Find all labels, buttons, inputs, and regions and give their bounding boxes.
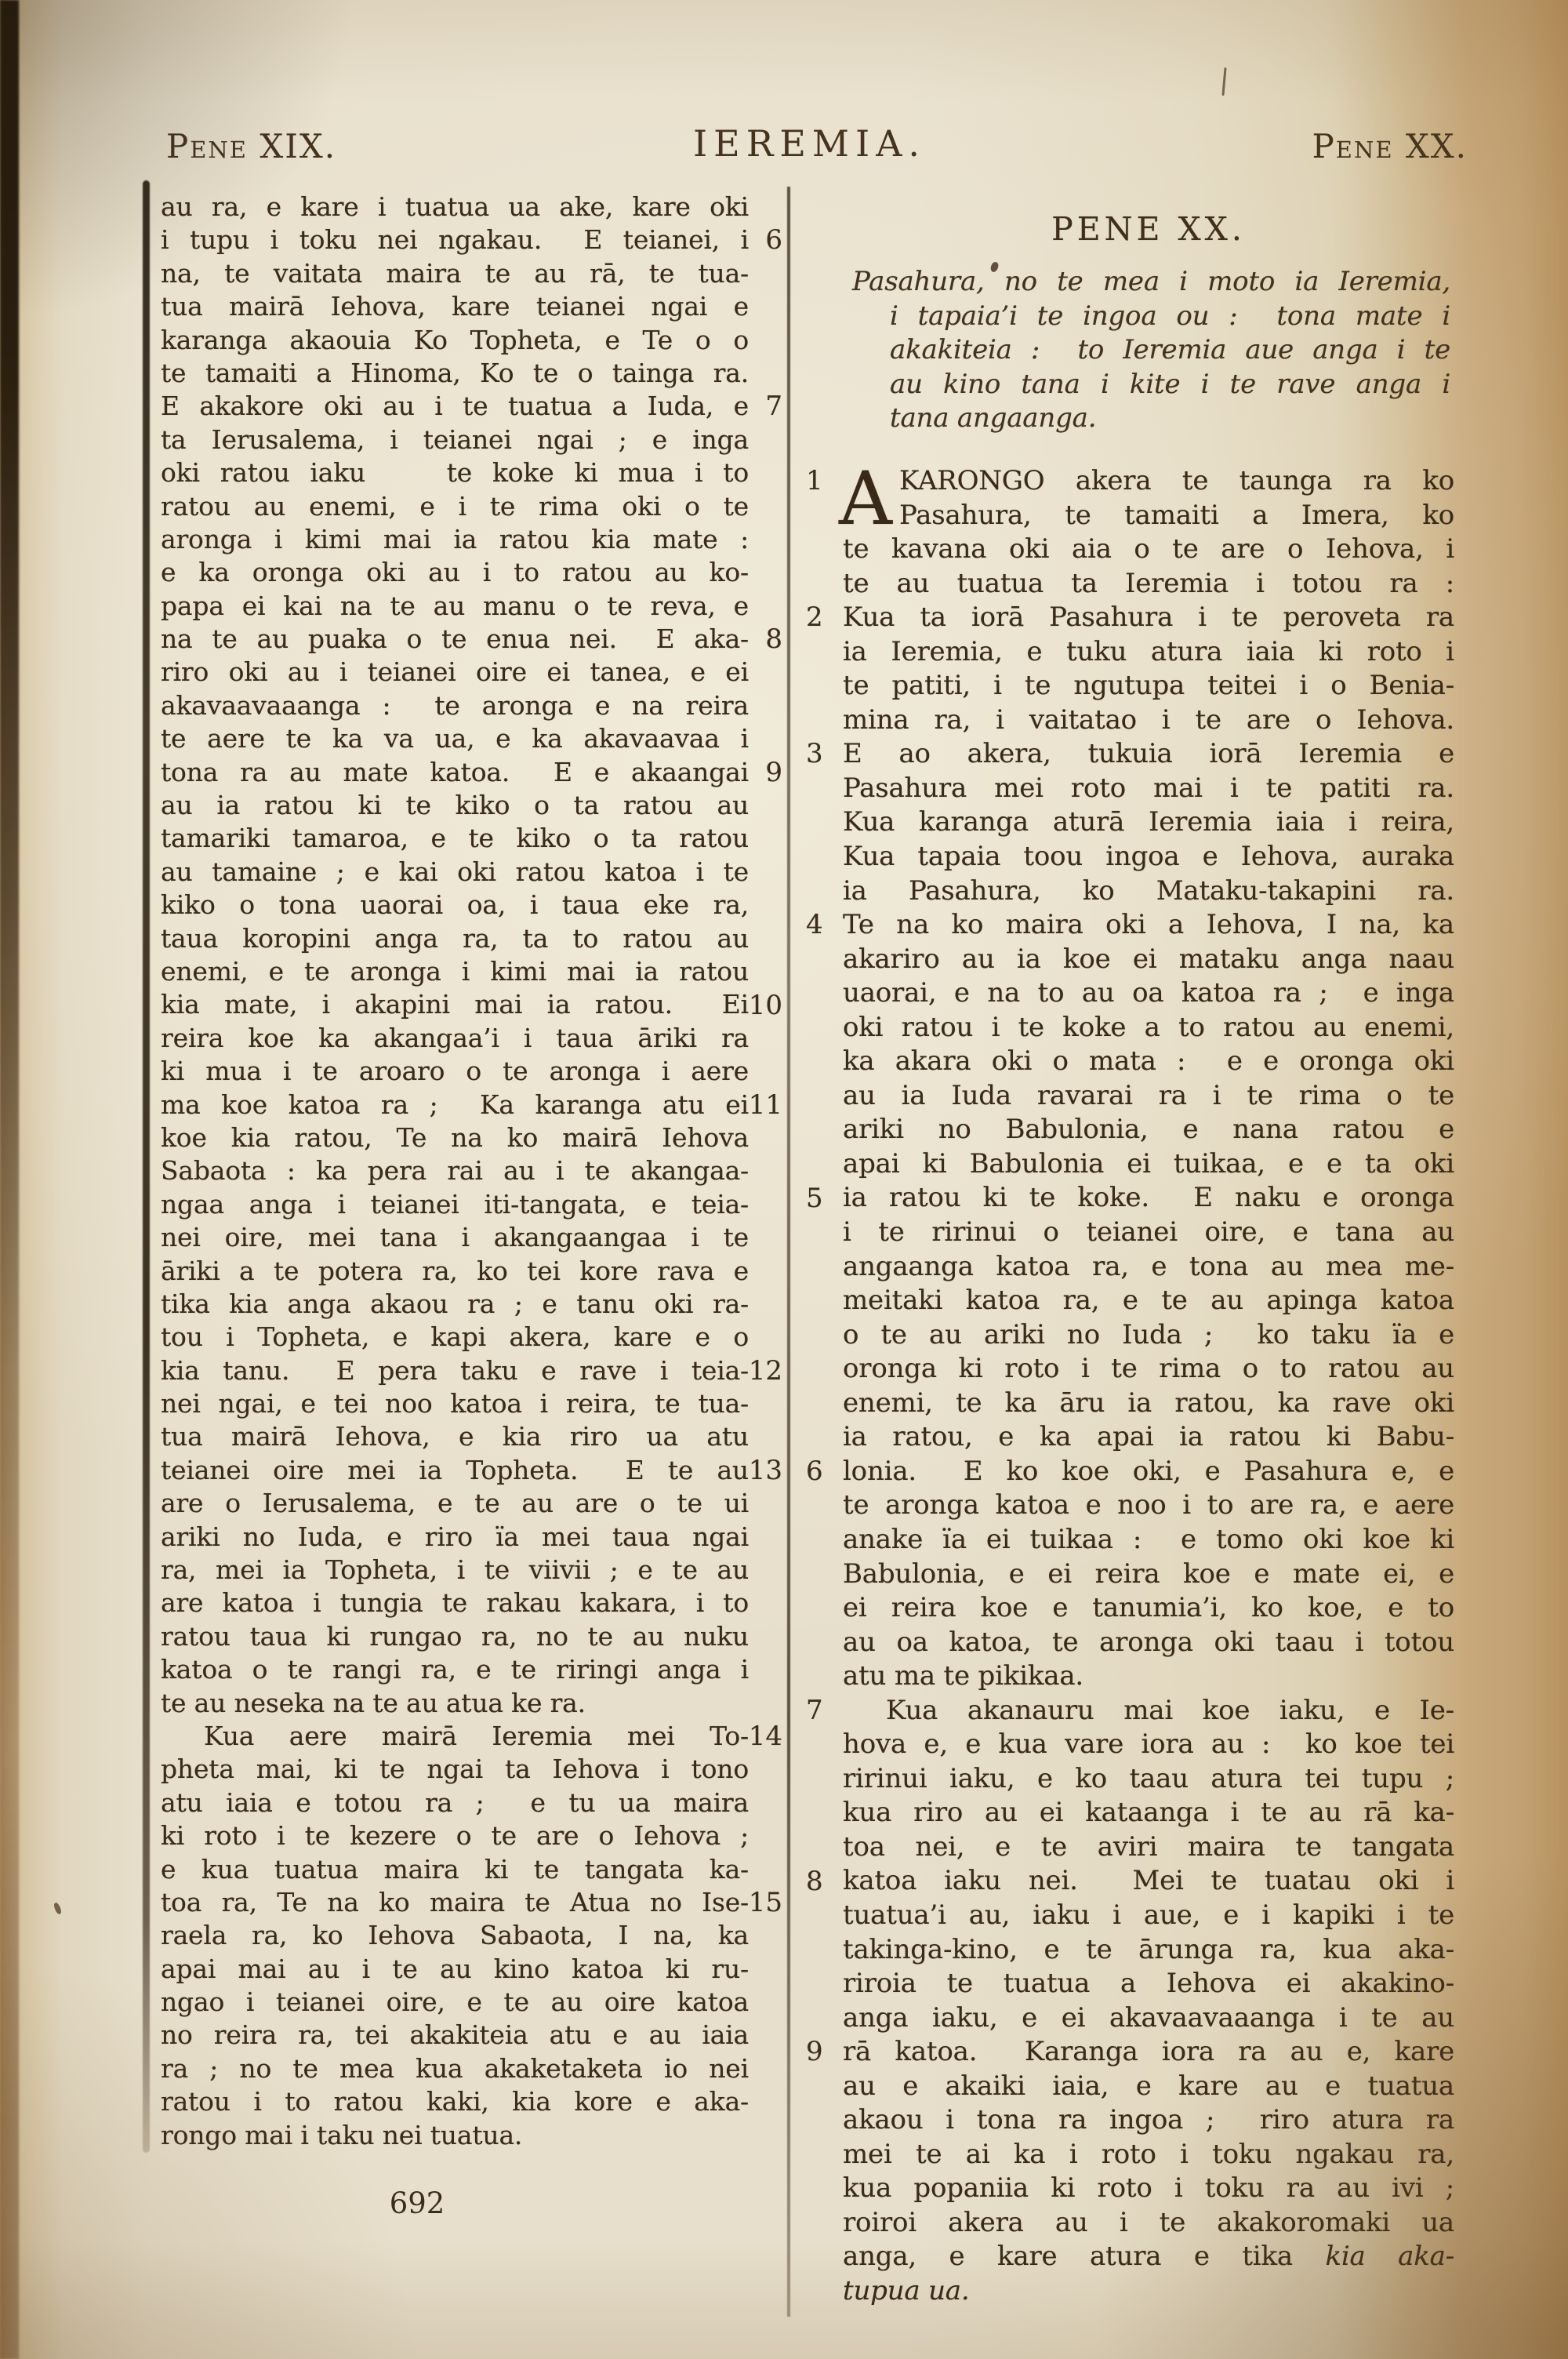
text-line: akaou i tona ra ingoa ; riro atura ra	[843, 2103, 1454, 2138]
text-line: papa ei kai na te au manu o te reva, e	[161, 590, 749, 623]
text-line: au ia Iuda ravarai ra i te rima o te	[843, 1079, 1454, 1114]
text-line: atu ma te pikikaa.	[843, 1659, 1454, 1694]
text-line: te tamaiti a Hinoma, Ko te o tainga ra.	[161, 357, 749, 390]
text-line: kua popaniia ki roto i toku ra au ivi ;	[843, 2172, 1454, 2206]
text-line: Pasahura mei roto mai i te patiti ra.	[843, 772, 1454, 806]
text-line: ia ratou ki te koke. E naku e oronga	[843, 1181, 1454, 1216]
text-line: Kua karanga aturā Ieremia iaia i reira,	[843, 805, 1454, 840]
text-line: e kua tuatua maira ki te tangata ka-	[161, 1853, 749, 1886]
text-line: tana angaanga.	[849, 402, 1450, 436]
text-line: apai mai au i te au kino katoa ki ru-	[161, 1953, 749, 1986]
text-line: are katoa i tungia te rakau kakara, i to	[161, 1587, 749, 1619]
text-line: mei te ai ka i roto i toku ngakau ra,	[843, 2138, 1454, 2172]
verse-number: 6	[806, 1455, 823, 1489]
text-line: rā katoa. Karanga iora ra au e, kare	[843, 2035, 1454, 2070]
chapter-heading: PENE XX.	[843, 210, 1454, 248]
text-line: lonia. E ko koe oki, e Pasahura e, e	[843, 1455, 1454, 1489]
verse-number: 7	[765, 390, 782, 423]
text-line: ma koe katoa ra ; Ka karanga atu ei	[161, 1089, 749, 1121]
text-line: ta Ierusalema, i teianei ngai ; e inga	[161, 423, 749, 456]
text-line: ia ratou, e ka apai ia ratou ki Babu-	[843, 1420, 1454, 1455]
text-line: na te au puaka o te enua nei. E aka-	[161, 623, 749, 656]
text-line: oronga ki roto i te rima o to ratou au	[843, 1352, 1454, 1387]
text-line: i te ririnui o teianei oire, e tana au	[843, 1216, 1454, 1250]
text-line: au ra, e kare i tuatua ua ake, kare oki	[161, 191, 749, 224]
text-line: Pasahura, no te mea i moto ia Ieremia,	[849, 265, 1450, 300]
text-line: au ia ratou ki te kiko o ta ratou au	[161, 789, 749, 822]
text-line: Kua tapaia toou ingoa e Iehova, auraka	[843, 840, 1454, 874]
verse-number: 11	[749, 1089, 782, 1121]
ink-speck	[53, 1902, 62, 1915]
text-line: tamariki tamaroa, e te kiko o ta ratou	[161, 822, 749, 855]
text-line: Kua ta iorā Pasahura i te peroveta ra	[843, 601, 1454, 635]
text-line: tua mairā Iehova, e kia riro ua atu	[161, 1420, 749, 1453]
text-line: takinga-kino, e te ārunga ra, kua aka-	[843, 1933, 1454, 1968]
text-line: no reira ra, tei akakiteia atu e au iaia	[161, 2019, 749, 2052]
verse-gutter-right: 123456789	[806, 464, 839, 2315]
text-line: o te au ariki no Iuda ; ko taku ïa e	[843, 1318, 1454, 1353]
text-line: teianei oire mei ia Topheta. E te au	[161, 1454, 749, 1487]
text-line: katoa o te rangi ra, e te riringi anga i	[161, 1653, 749, 1686]
text-line: tuatua’i au, iaku i aue, e i kapiki i te	[843, 1899, 1454, 1933]
text-line: raela ra, ko Iehova Sabaota, I na, ka	[161, 1919, 749, 1952]
text-line: are o Ierusalema, e te au are o te ui	[161, 1487, 749, 1520]
text-line: kia tanu. E pera taku e rave i teia-	[161, 1354, 749, 1387]
text-line: enemi, te ka āru ia ratou, ka rave oki	[843, 1387, 1454, 1421]
verse-gutter-left: 6789101112131415	[745, 191, 782, 2167]
verse-number: 3	[806, 737, 823, 772]
verse-number: 10	[749, 989, 782, 1022]
text-line: i tapaia’i te ingoa ou : tona mate i	[849, 300, 1450, 334]
text-line: te patiti, i te ngutupa teitei i o Benia…	[843, 669, 1454, 703]
text-line: hova e, e kua vare iora au : ko koe tei	[843, 1728, 1454, 1762]
text-line: ariki no Babulonia, e nana ratou e	[843, 1113, 1454, 1147]
text-line: enemi, e te aronga i kimi mai ia ratou	[161, 955, 749, 988]
text-line: Pasahura, te tamaiti a Imera, ko	[843, 499, 1454, 533]
text-line: nei ngai, e tei noo katoa i reira, te tu…	[161, 1387, 749, 1420]
verse-number: 9	[806, 2035, 823, 2070]
text-line: akariro au ia koe ei mataku anga naau	[843, 943, 1454, 977]
text-line: ratou taua ki rungao ra, no te au nuku	[161, 1620, 749, 1653]
text-line: oki ratou i te koke a to ratou au enemi,	[843, 1011, 1454, 1045]
text-line: kia mate, i akapini mai ia ratou. Ei	[161, 988, 749, 1021]
text-line: apai ki Babulonia ei tuikaa, e e ta oki	[843, 1147, 1454, 1182]
text-line: anake ïa ei tuikaa : e tomo oki koe ki	[843, 1523, 1454, 1558]
text-line: riroia te tuatua a Iehova ei akakino-	[843, 1967, 1454, 2001]
text-line: e ka oronga oki au i to ratou au ko-	[161, 556, 749, 589]
chapter-summary: Pasahura, no te mea i moto ia Ieremia,i …	[849, 265, 1450, 436]
text-line: akavaavaaanga : te aronga e na reira	[161, 689, 749, 722]
text-line: te au tuatua ta Ieremia i totou ra :	[843, 567, 1454, 602]
text-line: au tamaine ; e kai oki ratou katoa i te	[161, 856, 749, 889]
text-line: te aere te ka va ua, e ka akavaavaa i	[161, 722, 749, 755]
text-line: ia Pasahura, ko Mataku-takapini ra.	[843, 874, 1454, 909]
text-line: Babulonia, e ei reira koe e mate ei, e	[843, 1558, 1454, 1592]
text-line: toa nei, e te aviri maira te tangata	[843, 1830, 1454, 1865]
text-line: E akakore oki au i te tuatua a Iuda, e	[161, 390, 749, 423]
text-line: Sabaota : ka pera rai au i te akangaa-	[161, 1154, 749, 1187]
verse-number: 12	[749, 1354, 782, 1387]
text-line: nei oire, mei tana i akangaangaa i te	[161, 1221, 749, 1254]
text-line: ngao i teianei oire, e te au oire katoa	[161, 1986, 749, 2019]
verse-number: 13	[749, 1454, 782, 1487]
text-line: tua mairā Iehova, kare teianei ngai e	[161, 290, 749, 323]
text-line: au kino tana i kite i te rave anga i	[849, 368, 1450, 402]
verse-number: 15	[749, 1886, 782, 1919]
hairline-mark	[1221, 67, 1226, 96]
text-line: tona ra au mate katoa. E e akaangai	[161, 756, 749, 789]
text-line: angaanga katoa ra, e tona au mea me-	[843, 1250, 1454, 1285]
text-line: anga iaku, e ei akavaavaaanga i te au	[843, 2001, 1454, 2036]
text-line: Kua aere mairā Ieremia mei To-	[161, 1720, 749, 1753]
text-line: tupua ua.	[843, 2274, 1454, 2309]
text-line: te aronga katoa e noo i to are ra, e aer…	[843, 1488, 1454, 1523]
left-text-column: au ra, e kare i tuatua ua ake, kare okii…	[161, 191, 749, 2152]
text-line: ki roto i te kezere o te are o Iehova ;	[161, 1819, 749, 1852]
text-line: ki mua i te aroaro o te aronga i aere	[161, 1055, 749, 1088]
right-text-column: A KARONGO akera te taunga ra koPasahura,…	[843, 464, 1454, 2309]
text-line: kua riro au ei kataanga i te au rā ka-	[843, 1796, 1454, 1830]
verse-number: 8	[806, 1865, 823, 1899]
text-line: anga, e kare atura e tika kia aka-	[843, 2240, 1454, 2274]
text-line: KARONGO akera te taunga ra ko	[843, 464, 1454, 499]
text-line: toa ra, Te na ko maira te Atua no Ise-	[161, 1886, 749, 1919]
text-line: ra ; no te mea kua akaketaketa io nei	[161, 2052, 749, 2085]
running-head-right: Pene XX.	[1247, 127, 1468, 165]
binding-shadow	[0, 0, 19, 2359]
text-line: ratou au enemi, e i te rima oki o te	[161, 490, 749, 523]
text-line: Kua akanauru mai koe iaku, e Ie-	[843, 1694, 1454, 1728]
text-line: E ao akera, tukuia iorā Ieremia e	[843, 737, 1454, 772]
text-line: au e akaiki iaia, e kare au e tuatua	[843, 2070, 1454, 2104]
verse-number: 2	[806, 601, 823, 635]
text-line: oki ratou iaku te koke ki mua i to	[161, 456, 749, 489]
verse-number: 7	[806, 1694, 823, 1728]
text-line: au oa katoa, te aronga oki taau i totou	[843, 1626, 1454, 1660]
text-line: kiko o tona uaorai oa, i taua eke ra,	[161, 889, 749, 921]
text-line: rongo mai i taku nei tuatua.	[161, 2119, 749, 2152]
verse-number: 8	[765, 623, 782, 656]
text-line: ratou i to ratou kaki, kia kore e aka-	[161, 2085, 749, 2118]
text-line: ariki no Iuda, e riro ïa mei taua ngai	[161, 1521, 749, 1554]
text-line: ia Ieremia, e tuku atura iaia ki roto i	[843, 635, 1454, 670]
verse-number: 9	[765, 756, 782, 789]
text-line: te au neseka na te au atua ke ra.	[161, 1687, 749, 1720]
text-line: ra, mei ia Topheta, i te viivii ; e te a…	[161, 1554, 749, 1587]
text-line: mina ra, i vaitatao i te are o Iehova.	[843, 703, 1454, 738]
text-line: ei reira koe e tanumia’i, ko koe, e to	[843, 1591, 1454, 1626]
text-line: meitaki katoa ra, e te au apinga katoa	[843, 1284, 1454, 1318]
text-line: akakiteia : to Ieremia aue anga i te	[849, 333, 1450, 368]
verse-number: 14	[749, 1720, 782, 1753]
text-line: ka akara oki o mata : e e oronga oki	[843, 1045, 1454, 1079]
verse-number: 1	[806, 464, 823, 499]
text-line: te kavana oki aia o te are o Iehova, i	[843, 533, 1454, 567]
margin-crease-line	[143, 180, 150, 2153]
text-line: aronga i kimi mai ia ratou kia mate :	[161, 523, 749, 556]
text-line: koe kia ratou, Te na ko mairā Iehova	[161, 1121, 749, 1154]
verse-number: 5	[806, 1182, 823, 1216]
page-number: 692	[362, 2186, 472, 2220]
text-line: Te na ko maira oki a Iehova, I na, ka	[843, 908, 1454, 943]
text-line: i tupu i toku nei ngakau. E teianei, i	[161, 224, 749, 256]
text-line: karanga akaouia Ko Topheta, e Te o o	[161, 324, 749, 357]
verse-number: 6	[765, 224, 782, 256]
text-line: taua koropini anga ra, ta to ratou au	[161, 922, 749, 955]
verse-number: 4	[806, 908, 823, 943]
text-line: reira koe ka akangaa’i i taua āriki ra	[161, 1022, 749, 1055]
text-line: uaorai, e na to au oa katoa ra ; e inga	[843, 976, 1454, 1011]
text-line: na, te vaitata maira te au rā, te tua-	[161, 257, 749, 290]
text-line: āriki a te potera ra, ko tei kore rava e	[161, 1255, 749, 1288]
text-line: ririnui iaku, e ko taau atura tei tupu ;	[843, 1762, 1454, 1797]
text-line: atu iaia e totou ra ; e tu ua maira	[161, 1787, 749, 1819]
text-line: tou i Topheta, e kapi akera, kare e o	[161, 1321, 749, 1354]
scanned-book-page: Pene XIX. IEREMIA. Pene XX. au ra, e kar…	[0, 0, 1568, 2359]
drop-cap-letter: A	[839, 467, 892, 533]
text-line: pheta mai, ki te ngai ta Iehova i tono	[161, 1753, 749, 1786]
text-line: katoa iaku nei. Mei te tuatau oki i	[843, 1864, 1454, 1899]
column-divider-rule	[787, 187, 790, 2317]
text-line: roiroi akera au i te akakoromaki ua	[843, 2206, 1454, 2241]
text-line: riro oki au i teianei oire ei tanea, e e…	[161, 656, 749, 689]
text-line: tika kia anga akaou ra ; e tanu oki ra-	[161, 1288, 749, 1321]
text-line: ngaa anga i teianei iti-tangata, e teia-	[161, 1188, 749, 1221]
